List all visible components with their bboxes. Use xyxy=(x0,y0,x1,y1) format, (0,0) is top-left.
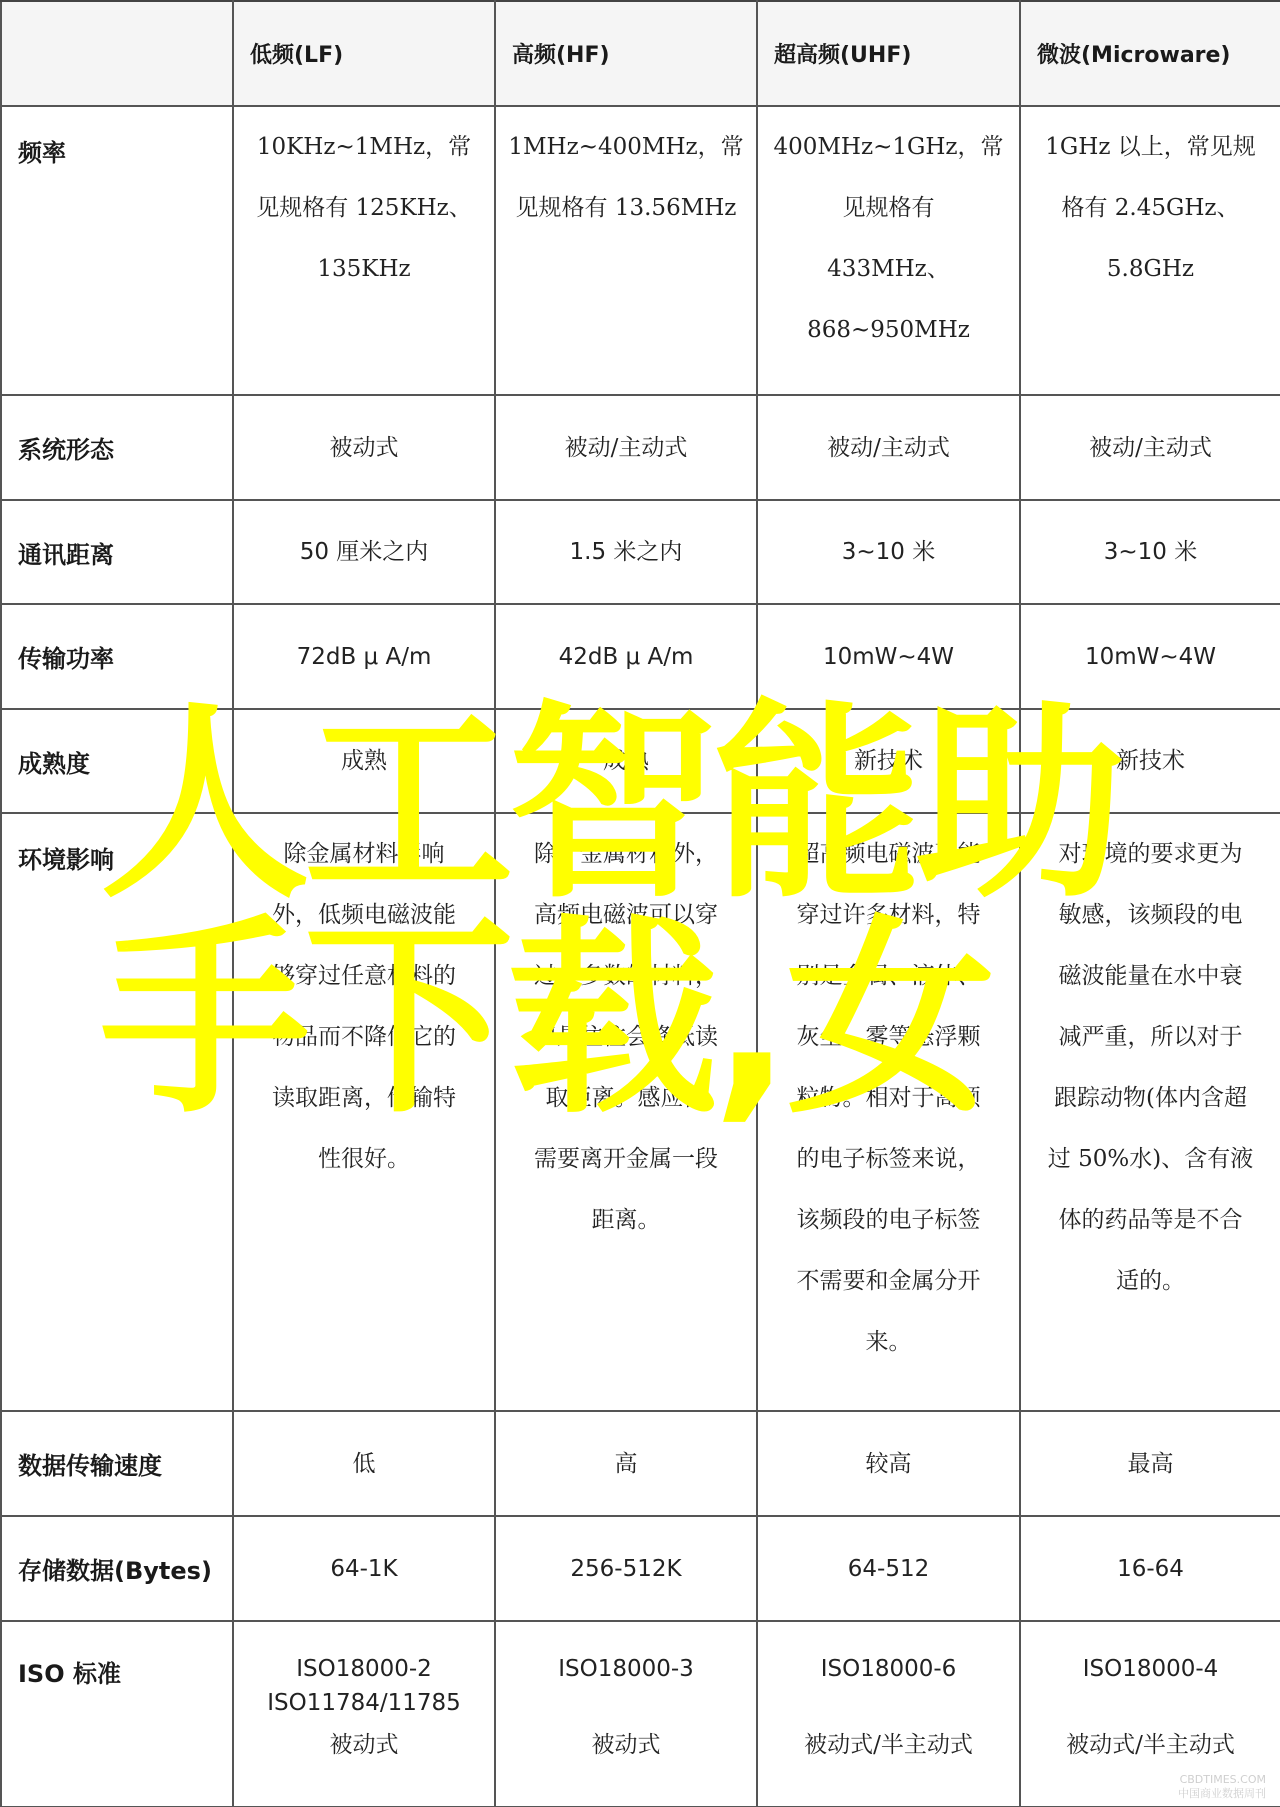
cell: 3~10 米 xyxy=(757,500,1020,604)
cell: 64-512 xyxy=(757,1516,1020,1621)
text-line: 1GHz 以上，常见规 xyxy=(1029,117,1272,178)
text-line: 过 50%水)、含有液 xyxy=(1029,1129,1272,1190)
iso-mode: 被动式/半主动式 xyxy=(1029,1728,1272,1762)
cell: 成熟 xyxy=(495,709,757,813)
row-label: 系统形态 xyxy=(1,395,233,500)
header-microwave: 微波(Microware) xyxy=(1020,1,1280,106)
text-line: 见规格有 xyxy=(766,178,1011,239)
text-line: 高频电磁波可以穿 xyxy=(504,885,748,946)
text-line: 别是金属、液体、 xyxy=(766,946,1011,1007)
text-line: 敏感，该频段的电 xyxy=(1029,885,1272,946)
text-line: 读取距离，传输特 xyxy=(242,1068,486,1129)
text-line: 磁波能量在水中衰 xyxy=(1029,946,1272,1007)
text-line: 10KHz~1MHz，常 xyxy=(242,117,486,178)
cell: 成熟 xyxy=(233,709,495,813)
cell-env-lf: 除金属材料影响 外，低频电磁波能 够穿过任意材料的 物品而不降低它的 读取距离，… xyxy=(233,813,495,1411)
text-line: 穿过许多材料，特 xyxy=(766,885,1011,946)
watermark-line-2: 中国商业数据周刊 xyxy=(1178,1787,1266,1801)
text-line: 性很好。 xyxy=(242,1129,486,1190)
cell: 64-1K xyxy=(233,1516,495,1621)
cell-freq-lf: 10KHz~1MHz，常 见规格有 125KHz、 135KHz xyxy=(233,106,495,395)
cell: 10mW~4W xyxy=(757,604,1020,709)
header-lf: 低频(LF) xyxy=(233,1,495,106)
text-line: 135KHz xyxy=(242,239,486,300)
cell: 256-512K xyxy=(495,1516,757,1621)
text-line: 不需要和金属分开 xyxy=(766,1251,1011,1312)
watermark: CBDTIMES.COM 中国商业数据周刊 xyxy=(1178,1773,1266,1801)
cell: 被动/主动式 xyxy=(495,395,757,500)
text-line: 5.8GHz xyxy=(1029,239,1272,300)
cell-freq-hf: 1MHz~400MHz，常 见规格有 13.56MHz xyxy=(495,106,757,395)
text-line: 除金属材料影响 xyxy=(242,824,486,885)
text-line: 超高频电磁波不能 xyxy=(766,824,1011,885)
header-row: 低频(LF) 高频(HF) 超高频(UHF) 微波(Microware) xyxy=(1,1,1280,106)
cell: 新技术 xyxy=(1020,709,1280,813)
iso-std: ISO11784/11785 xyxy=(242,1686,486,1720)
text-line: 灰尘、雾等悬浮颗 xyxy=(766,1007,1011,1068)
text-line: 但是往往会降低读 xyxy=(504,1007,748,1068)
text-line: 物品而不降低它的 xyxy=(242,1007,486,1068)
cell-env-microwave: 对环境的要求更为 敏感，该频段的电 磁波能量在水中衰 减严重，所以对于 跟踪动物… xyxy=(1020,813,1280,1411)
row-storage: 存储数据(Bytes) 64-1K 256-512K 64-512 16-64 xyxy=(1,1516,1280,1621)
cell: 1.5 米之内 xyxy=(495,500,757,604)
cell-iso-uhf: ISO18000-6 被动式/半主动式 xyxy=(757,1621,1020,1807)
cell: 被动/主动式 xyxy=(757,395,1020,500)
cell: 50 厘米之内 xyxy=(233,500,495,604)
row-maturity: 成熟度 成熟 成熟 新技术 新技术 xyxy=(1,709,1280,813)
row-environment: 环境影响 除金属材料影响 外，低频电磁波能 够穿过任意材料的 物品而不降低它的 … xyxy=(1,813,1280,1411)
text-line: 体的药品等是不合 xyxy=(1029,1190,1272,1251)
iso-mode: 被动式/半主动式 xyxy=(766,1728,1011,1762)
cell: 72dB μ A/m xyxy=(233,604,495,709)
text-line: 见规格有 125KHz、 xyxy=(242,178,486,239)
text-line: 减严重，所以对于 xyxy=(1029,1007,1272,1068)
cell: 16-64 xyxy=(1020,1516,1280,1621)
text-line: 格有 2.45GHz、 xyxy=(1029,178,1272,239)
text-line: 该频段的电子标签 xyxy=(766,1190,1011,1251)
corner-header xyxy=(1,1,233,106)
row-label: ISO 标准 xyxy=(1,1621,233,1807)
text-line: 400MHz~1GHz，常 xyxy=(766,117,1011,178)
cell: 42dB μ A/m xyxy=(495,604,757,709)
text-line: 868~950MHz xyxy=(766,300,1011,361)
text-line: 距离。 xyxy=(504,1190,748,1251)
text-line: 见规格有 13.56MHz xyxy=(504,178,748,239)
iso-std: ISO18000-4 xyxy=(1029,1652,1272,1686)
text-line: 除了金属材料外， xyxy=(504,824,748,885)
text-line: 够穿过任意材料的 xyxy=(242,946,486,1007)
text-line: 433MHz、 xyxy=(766,239,1011,300)
cell: 被动式 xyxy=(233,395,495,500)
cell-env-hf: 除了金属材料外， 高频电磁波可以穿 过大多数的材料， 但是往往会降低读 取距离。… xyxy=(495,813,757,1411)
row-comm-distance: 通讯距离 50 厘米之内 1.5 米之内 3~10 米 3~10 米 xyxy=(1,500,1280,604)
row-label: 成熟度 xyxy=(1,709,233,813)
row-label: 环境影响 xyxy=(1,813,233,1411)
header-hf: 高频(HF) xyxy=(495,1,757,106)
row-frequency: 频率 10KHz~1MHz，常 见规格有 125KHz、 135KHz 1MHz… xyxy=(1,106,1280,395)
text-line: 取距离。感应器 xyxy=(504,1068,748,1129)
text-line: 对环境的要求更为 xyxy=(1029,824,1272,885)
text-line: 粒物。相对于高频 xyxy=(766,1068,1011,1129)
header-uhf: 超高频(UHF) xyxy=(757,1,1020,106)
cell-freq-microwave: 1GHz 以上，常见规 格有 2.45GHz、 5.8GHz xyxy=(1020,106,1280,395)
row-label: 传输功率 xyxy=(1,604,233,709)
cell: 被动/主动式 xyxy=(1020,395,1280,500)
cell: 新技术 xyxy=(757,709,1020,813)
cell: 高 xyxy=(495,1411,757,1516)
cell: 3~10 米 xyxy=(1020,500,1280,604)
row-iso-standard: ISO 标准 ISO18000-2 ISO11784/11785 被动式 ISO… xyxy=(1,1621,1280,1807)
row-label: 存储数据(Bytes) xyxy=(1,1516,233,1621)
iso-mode: 被动式 xyxy=(504,1728,748,1762)
row-transmit-power: 传输功率 72dB μ A/m 42dB μ A/m 10mW~4W 10mW~… xyxy=(1,604,1280,709)
text-line: 来。 xyxy=(766,1312,1011,1373)
iso-std: ISO18000-2 xyxy=(242,1652,486,1686)
cell: 较高 xyxy=(757,1411,1020,1516)
cell: 10mW~4W xyxy=(1020,604,1280,709)
rfid-comparison-table: 低频(LF) 高频(HF) 超高频(UHF) 微波(Microware) 频率 … xyxy=(0,0,1280,1806)
row-label: 频率 xyxy=(1,106,233,395)
cell-iso-lf: ISO18000-2 ISO11784/11785 被动式 xyxy=(233,1621,495,1807)
cell-env-uhf: 超高频电磁波不能 穿过许多材料，特 别是金属、液体、 灰尘、雾等悬浮颗 粒物。相… xyxy=(757,813,1020,1411)
cell-freq-uhf: 400MHz~1GHz，常 见规格有 433MHz、 868~950MHz xyxy=(757,106,1020,395)
cell-iso-hf: ISO18000-3 被动式 xyxy=(495,1621,757,1807)
cell: 最高 xyxy=(1020,1411,1280,1516)
iso-std: ISO18000-3 xyxy=(504,1652,748,1686)
text-line: 1MHz~400MHz，常 xyxy=(504,117,748,178)
cell: 低 xyxy=(233,1411,495,1516)
text-line: 适的。 xyxy=(1029,1251,1272,1312)
text-line: 外，低频电磁波能 xyxy=(242,885,486,946)
row-system-form: 系统形态 被动式 被动/主动式 被动/主动式 被动/主动式 xyxy=(1,395,1280,500)
text-line: 需要离开金属一段 xyxy=(504,1129,748,1190)
text-line: 的电子标签来说， xyxy=(766,1129,1011,1190)
watermark-line-1: CBDTIMES.COM xyxy=(1178,1773,1266,1787)
row-label: 数据传输速度 xyxy=(1,1411,233,1516)
iso-mode: 被动式 xyxy=(242,1728,486,1762)
text-line: 过大多数的材料， xyxy=(504,946,748,1007)
row-label: 通讯距离 xyxy=(1,500,233,604)
iso-std: ISO18000-6 xyxy=(766,1652,1011,1686)
row-data-rate: 数据传输速度 低 高 较高 最高 xyxy=(1,1411,1280,1516)
text-line: 跟踪动物(体内含超 xyxy=(1029,1068,1272,1129)
